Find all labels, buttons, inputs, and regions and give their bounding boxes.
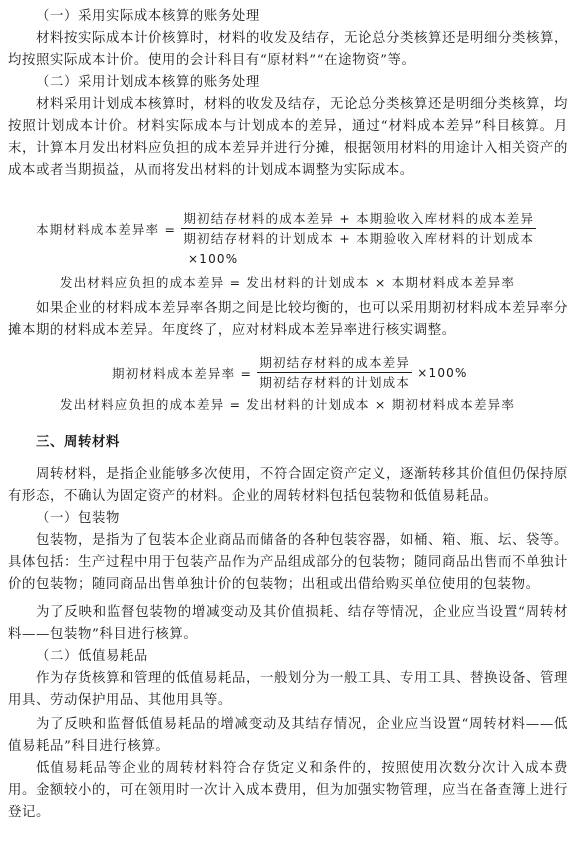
paragraph-low-value-account: 为了反映和监督低值易耗品的增减变动及其结存情况，企业应当设置“周转材料——低值易… bbox=[8, 714, 568, 758]
paragraph-low-value-types: 作为存货核算和管理的低值易耗品，一般划分为一般工具、专用工具、替换设备、管理用具… bbox=[8, 668, 568, 712]
formula-numerator: 期初结存材料的成本差异 + 本期验收入库材料的成本差异 bbox=[181, 210, 536, 229]
formula-lhs: 本期材料成本差异率 = bbox=[36, 220, 176, 238]
subheading-planned-cost: （二）采用计划成本核算的账务处理 bbox=[8, 72, 568, 94]
formula-multiplier: ×100% bbox=[417, 366, 467, 380]
formula-fraction: 期初结存材料的成本差异 期初结存材料的计划成本 bbox=[257, 354, 412, 391]
subheading-low-value: （二）低值易耗品 bbox=[8, 646, 568, 668]
section-revolving-materials: 三、周转材料 周转材料，是指企业能够多次使用，不符合固定资产定义，逐渐转移其价值… bbox=[8, 432, 568, 824]
formula-issued-variance-opening: 发出材料应负担的成本差异 = 发出材料的计划成本 × 期初材料成本差异率 bbox=[60, 395, 515, 413]
paragraph-packaging-account: 为了反映和监督包装物的增减变动及其价值损耗、结存等情况，企业应当设置“周转材料—… bbox=[8, 602, 568, 646]
formula-numerator: 期初结存材料的成本差异 bbox=[257, 354, 412, 373]
paragraph-balanced-rate: 如果企业的材料成本差异率各期之间是比较均衡的，也可以采用期初材料成本差异率分摊本… bbox=[8, 298, 568, 342]
paragraph-revolving-intro: 周转材料，是指企业能够多次使用，不符合固定资产定义，逐渐转移其价值但仍保持原有形… bbox=[8, 464, 568, 508]
formula-denominator: 期初结存材料的计划成本 bbox=[257, 373, 412, 391]
formula-lhs: 期初材料成本差异率 = bbox=[112, 364, 252, 382]
formula-opening-variance-rate: 期初材料成本差异率 = 期初结存材料的成本差异 期初结存材料的计划成本 ×100… bbox=[112, 354, 468, 391]
formula-denominator: 期初结存材料的计划成本 + 本期验收入库材料的计划成本 bbox=[181, 229, 536, 247]
block-balanced: 如果企业的材料成本差异率各期之间是比较均衡的，也可以采用期初材料成本差异率分摊本… bbox=[8, 298, 568, 342]
paragraph-low-value-amortization: 低值易耗品等企业的周转材料符合存货定义和条件的，按照使用次数分次计入成本费用。金… bbox=[8, 758, 568, 824]
paragraph-packaging-definition: 包装物，是指为了包装本企业商品而储备的各种包装容器，如桶、箱、瓶、坛、袋等。具体… bbox=[8, 530, 568, 596]
subheading-actual-cost: （一）采用实际成本核算的账务处理 bbox=[8, 6, 568, 28]
paragraph-planned-cost: 材料采用计划成本核算时，材料的收发及结存，无论总分类核算还是明细分类核算，均按照… bbox=[8, 94, 568, 182]
formula-multiplier: ×100% bbox=[188, 252, 238, 266]
subheading-packaging: （一）包装物 bbox=[8, 508, 568, 530]
formula-issued-variance: 发出材料应负担的成本差异 = 发出材料的计划成本 × 本期材料成本差异率 bbox=[60, 273, 515, 291]
formula-fraction: 期初结存材料的成本差异 + 本期验收入库材料的成本差异 期初结存材料的计划成本 … bbox=[181, 210, 536, 247]
block-actual-cost: （一）采用实际成本核算的账务处理 材料按实际成本计价核算时，材料的收发及结存，无… bbox=[8, 6, 568, 182]
section-heading: 三、周转材料 bbox=[8, 432, 568, 454]
paragraph-actual-cost: 材料按实际成本计价核算时，材料的收发及结存，无论总分类核算还是明细分类核算，均按… bbox=[8, 28, 568, 72]
formula-current-variance-rate: 本期材料成本差异率 = 期初结存材料的成本差异 + 本期验收入库材料的成本差异 … bbox=[36, 210, 536, 247]
